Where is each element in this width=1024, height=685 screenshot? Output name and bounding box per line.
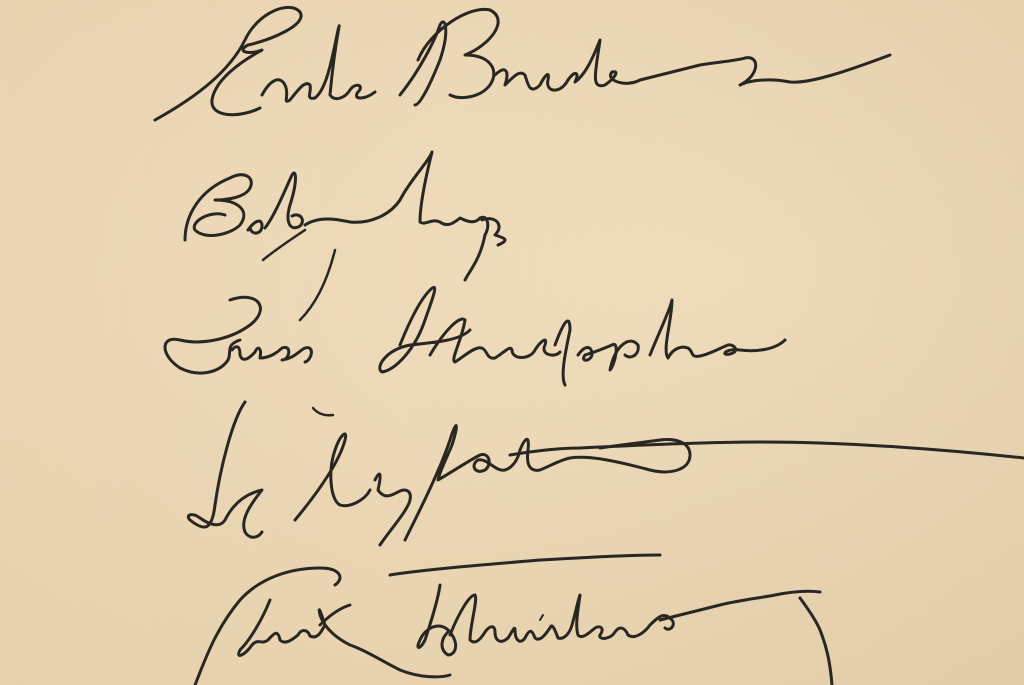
signature-russ-christopher	[165, 287, 785, 385]
signature-earle-brucker	[155, 7, 890, 120]
stray-ink-stroke	[263, 230, 335, 320]
signature-lee-griffith	[188, 402, 1024, 545]
signatures-ink	[0, 0, 1024, 685]
signature-tuck-stainback	[195, 555, 832, 685]
signature-bob-savage	[185, 152, 505, 280]
